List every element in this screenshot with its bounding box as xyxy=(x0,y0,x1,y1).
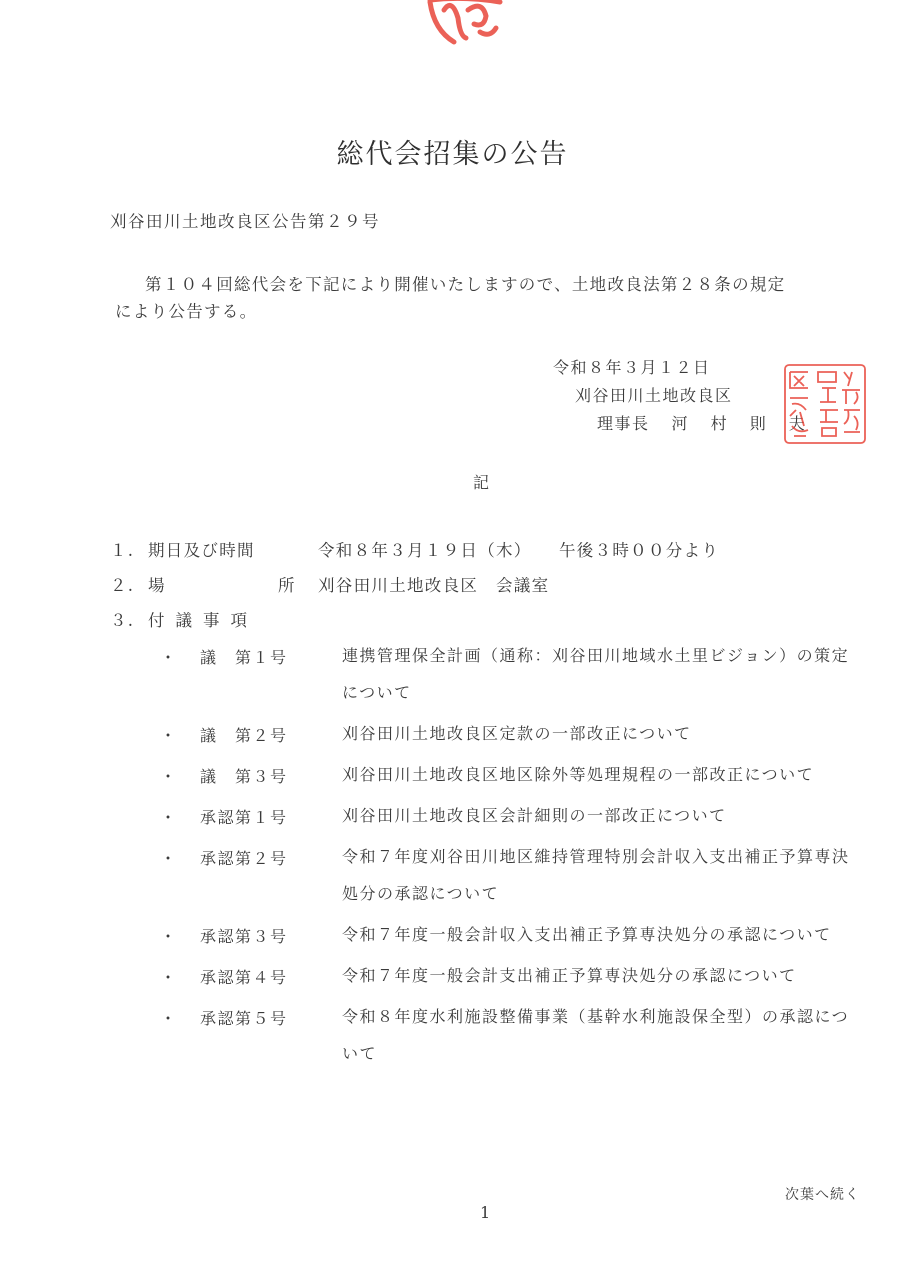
agenda-item: ・ 議 第１号 連携管理保全計画（通称：刈谷田川地域水土里ビジョン）の策定につい… xyxy=(160,645,880,711)
page-number: 1 xyxy=(480,1203,490,1222)
section-label: 期日及び時間 xyxy=(148,537,318,561)
page-title: 総代会招集の公告 xyxy=(0,132,905,171)
body-text-line-1: 第１０４回総代会を下記により開催いたしますので、土地改良法第２８条の規定 xyxy=(145,271,785,295)
agenda-number: 議 第２号 xyxy=(200,723,342,752)
agenda-number: 承認第２号 xyxy=(200,846,342,912)
section-value: 刈谷田川土地改良区 会議室 xyxy=(318,576,549,595)
section-agenda: ３.付議事項 xyxy=(110,607,318,631)
agenda-list: ・ 議 第１号 連携管理保全計画（通称：刈谷田川地域水土里ビジョン）の策定につい… xyxy=(160,645,880,1084)
bullet-icon: ・ xyxy=(160,965,200,994)
agenda-text: 令和７年度一般会計収入支出補正予算専決処分の承認について xyxy=(342,916,862,953)
agenda-number: 議 第１号 xyxy=(200,645,342,711)
bullet-icon: ・ xyxy=(160,1006,200,1072)
continue-note: 次葉へ続く xyxy=(785,1184,860,1204)
section-label-right: 所 xyxy=(278,576,296,595)
partial-seal-stamp-icon xyxy=(424,0,504,52)
agenda-number: 議 第３号 xyxy=(200,764,342,793)
agenda-item: ・ 議 第３号 刈谷田川土地改良区地区除外等処理規程の一部改正について xyxy=(160,764,880,793)
agenda-item: ・ 承認第１号 刈谷田川土地改良区会計細則の一部改正について xyxy=(160,805,880,834)
agenda-item: ・ 承認第５号 令和８年度水利施設整備事業（基幹水利施設保全型）の承認について xyxy=(160,1006,880,1072)
agenda-item: ・ 承認第３号 令和７年度一般会計収入支出補正予算専決処分の承認について xyxy=(160,924,880,953)
official-seal-stamp-icon xyxy=(782,362,868,446)
agenda-text: 令和８年度水利施設整備事業（基幹水利施設保全型）の承認について xyxy=(342,998,862,1072)
notice-number: 刈谷田川土地改良区公告第２９号 xyxy=(110,208,380,232)
section-value: 令和８年３月１９日（木） 午後３時００分より xyxy=(318,541,719,560)
bullet-icon: ・ xyxy=(160,645,200,711)
agenda-text: 令和７年度刈谷田川地区維持管理特別会計収入支出補正予算専決処分の承認について xyxy=(342,838,862,912)
agenda-text: 令和７年度一般会計支出補正予算専決処分の承認について xyxy=(342,957,862,994)
agenda-item: ・ 承認第２号 令和７年度刈谷田川地区維持管理特別会計収入支出補正予算専決処分の… xyxy=(160,846,880,912)
agenda-text: 連携管理保全計画（通称：刈谷田川地域水土里ビジョン）の策定について xyxy=(342,637,862,711)
agenda-number: 承認第１号 xyxy=(200,805,342,834)
section-date-time: １.期日及び時間令和８年３月１９日（木） 午後３時００分より xyxy=(110,537,719,561)
agenda-text: 刈谷田川土地改良区定款の一部改正について xyxy=(342,715,862,752)
bullet-icon: ・ xyxy=(160,846,200,912)
body-text-line-2: により公告する。 xyxy=(115,298,257,322)
agenda-item: ・ 議 第２号 刈谷田川土地改良区定款の一部改正について xyxy=(160,723,880,752)
bullet-icon: ・ xyxy=(160,924,200,953)
agenda-number: 承認第５号 xyxy=(200,1006,342,1072)
section-label: 付議事項 xyxy=(148,607,318,631)
section-number: ３. xyxy=(110,607,148,631)
agenda-number: 承認第４号 xyxy=(200,965,342,994)
section-number: ２. xyxy=(110,572,148,596)
bullet-icon: ・ xyxy=(160,764,200,793)
agenda-text: 刈谷田川土地改良区会計細則の一部改正について xyxy=(342,797,862,834)
section-place: ２.場所刈谷田川土地改良区 会議室 xyxy=(110,572,549,596)
agenda-item: ・ 承認第４号 令和７年度一般会計支出補正予算専決処分の承認について xyxy=(160,965,880,994)
section-number: １. xyxy=(110,537,148,561)
agenda-text: 刈谷田川土地改良区地区除外等処理規程の一部改正について xyxy=(342,756,862,793)
bullet-icon: ・ xyxy=(160,723,200,752)
issuer-organization: 刈谷田川土地改良区 xyxy=(575,383,733,406)
bullet-icon: ・ xyxy=(160,805,200,834)
agenda-number: 承認第３号 xyxy=(200,924,342,953)
section-label-left: 場 xyxy=(148,572,278,596)
issuer-position: 理事長 xyxy=(597,414,650,433)
issue-date: 令和８年３月１２日 xyxy=(553,355,711,378)
ki-heading: 記 xyxy=(473,470,489,493)
